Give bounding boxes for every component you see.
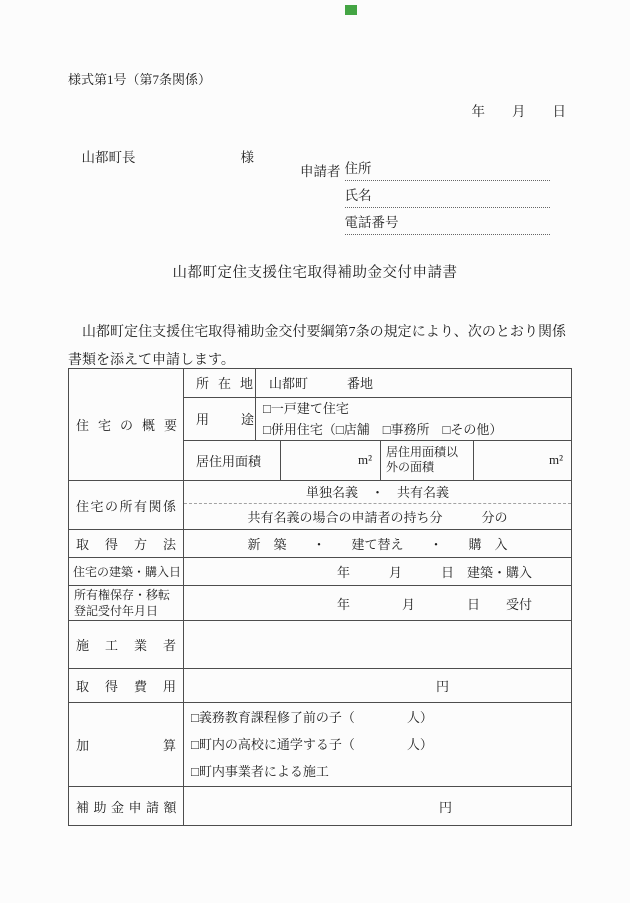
row-housing-summary: 住宅の概要 所在地 山都町 番地 用途 □一戸建て住宅 □併用住宅（□店舗 □事…: [69, 369, 571, 481]
row-ownership: 住宅の所有関係 単独名義 ・ 共有名義 共有名義の場合の申請者の持ち分 分の: [69, 481, 571, 530]
addition-item-highschool: □町内の高校に通学する子（ 人）: [191, 731, 433, 758]
living-area-label: 居住用面積: [184, 441, 281, 480]
document-title: 山都町定住支援住宅取得補助金交付申請書: [0, 261, 630, 282]
location-label: 所在地: [184, 369, 256, 397]
ownership-share: 共有名義の場合の申請者の持ち分 分の: [184, 504, 571, 529]
addition-items: □義務教育課程修了前の子（ 人） □町内の高校に通学する子（ 人） □町内事業者…: [184, 703, 571, 786]
ownership-content: 単独名義 ・ 共有名義 共有名義の場合の申請者の持ち分 分の: [184, 481, 571, 529]
use-option-combined: □併用住宅（□店舗 □事務所 □その他）: [263, 419, 502, 440]
phone-field: 電話番号: [345, 208, 550, 235]
other-area-unit: m²: [474, 441, 571, 480]
addition-label: 加算: [69, 703, 184, 786]
registration-label-line1: 所有権保存・移転: [74, 587, 170, 603]
row-addition: 加算 □義務教育課程修了前の子（ 人） □町内の高校に通学する子（ 人） □町内…: [69, 703, 571, 787]
contractor-value: [184, 621, 571, 668]
cost-unit: 円: [184, 669, 571, 702]
row-use: 用途 □一戸建て住宅 □併用住宅（□店舗 □事務所 □その他）: [184, 398, 571, 441]
row-amount: 補助金申請額 円: [69, 787, 571, 825]
registration-label: 所有権保存・移転 登記受付年月日: [69, 586, 184, 621]
applicant-label: 申請者: [300, 154, 341, 235]
recipient-name: 山都町長: [82, 150, 136, 165]
honorific: 様: [241, 150, 255, 165]
amount-label: 補助金申請額: [69, 787, 184, 825]
housing-summary-content: 所在地 山都町 番地 用途 □一戸建て住宅 □併用住宅（□店舗 □事務所 □その…: [184, 369, 571, 480]
method-label: 取得方法: [69, 530, 184, 557]
row-area: 居住用面積 m² 居住用面積以外の面積 m²: [184, 441, 571, 480]
registration-label-line2: 登記受付年月日: [74, 603, 158, 619]
body-paragraph: 山都町定住支援住宅取得補助金交付要綱第7条の規定により、次のとおり関係書類を添え…: [68, 319, 566, 375]
row-ownership-share: 共有名義の場合の申請者の持ち分 分の: [184, 504, 571, 529]
applicant-fields: 住所 氏名 電話番号: [345, 154, 550, 235]
date-line: 年 月 日: [472, 100, 567, 120]
addressee-line: 山都町長様: [68, 130, 254, 182]
application-table: 住宅の概要 所在地 山都町 番地 用途 □一戸建て住宅 □併用住宅（□店舗 □事…: [68, 368, 572, 826]
name-label: 氏名: [345, 184, 372, 204]
cost-label: 取得費用: [69, 669, 184, 702]
other-area-label: 居住用面積以外の面積: [381, 441, 474, 480]
addition-item-local-builder: □町内事業者による施工: [191, 758, 329, 785]
applicant-block: 申請者 住所 氏名 電話番号: [300, 154, 550, 235]
row-cost: 取得費用 円: [69, 669, 571, 703]
phone-label: 電話番号: [345, 211, 399, 231]
use-option-detached: □一戸建て住宅: [263, 398, 349, 419]
housing-summary-label: 住宅の概要: [69, 369, 184, 480]
green-marker-icon: [345, 5, 357, 15]
use-label: 用途: [184, 398, 256, 440]
build-date-label: 住宅の建築・購入日: [69, 558, 184, 585]
registration-value: 年 月 日 受付: [184, 586, 571, 621]
row-build-date: 住宅の建築・購入日 年 月 日 建築・購入: [69, 558, 571, 586]
contractor-label: 施工業者: [69, 621, 184, 668]
row-ownership-type: 単独名義 ・ 共有名義: [184, 481, 571, 504]
row-registration: 所有権保存・移転 登記受付年月日 年 月 日 受付: [69, 586, 571, 622]
amount-unit: 円: [184, 787, 571, 825]
use-options: □一戸建て住宅 □併用住宅（□店舗 □事務所 □その他）: [256, 398, 571, 440]
location-value: 山都町 番地: [256, 369, 571, 397]
ownership-label: 住宅の所有関係: [69, 481, 184, 529]
addition-item-children: □義務教育課程修了前の子（ 人）: [191, 704, 433, 731]
living-area-unit: m²: [281, 441, 381, 480]
row-method: 取得方法 新 築 ・ 建て替え ・ 購 入: [69, 530, 571, 558]
address-label: 住所: [345, 157, 372, 177]
address-field: 住所: [345, 154, 550, 181]
application-form-page: 様式第1号（第7条関係） 年 月 日 山都町長様 申請者 住所 氏名 電話番号 …: [0, 0, 630, 903]
build-date-value: 年 月 日 建築・購入: [184, 558, 571, 585]
name-field: 氏名: [345, 181, 550, 208]
method-options: 新 築 ・ 建て替え ・ 購 入: [184, 530, 571, 557]
row-location: 所在地 山都町 番地: [184, 369, 571, 398]
row-contractor: 施工業者: [69, 621, 571, 669]
ownership-type: 単独名義 ・ 共有名義: [184, 481, 571, 503]
form-number: 様式第1号（第7条関係）: [68, 69, 211, 88]
